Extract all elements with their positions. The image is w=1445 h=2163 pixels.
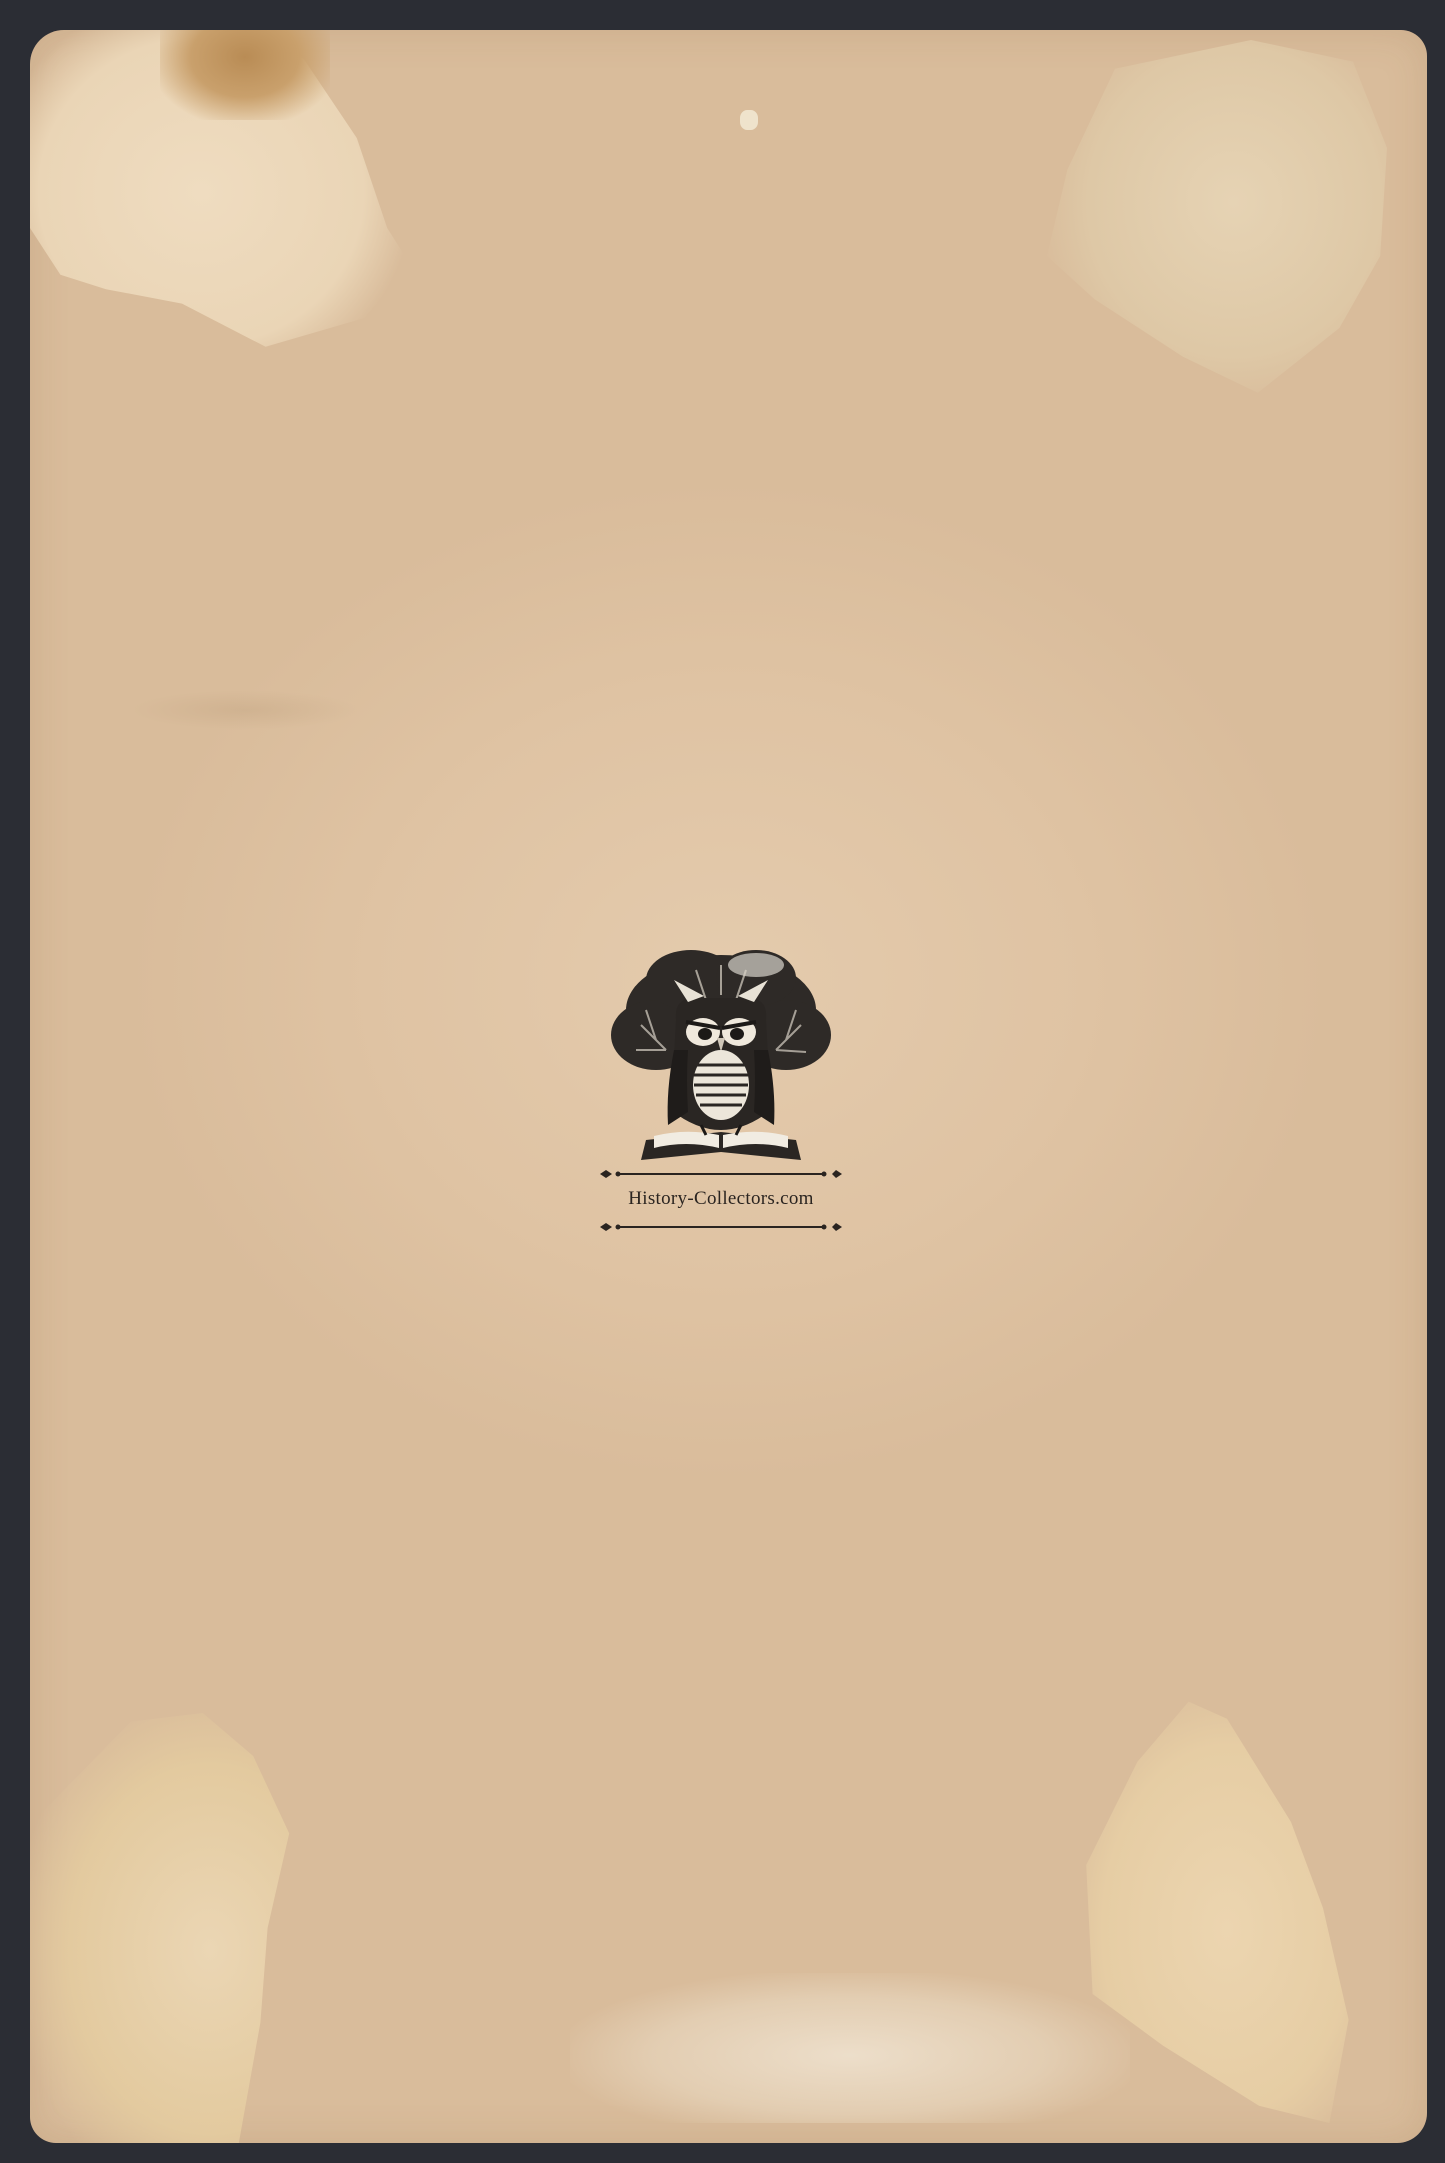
ornamental-divider-top — [596, 1168, 846, 1180]
adhesive-stain-bottom-left — [30, 1713, 390, 2143]
watermark-text: History-Collectors.com — [596, 1188, 846, 1210]
owl-on-book-with-tree-icon — [596, 940, 846, 1165]
pale-stain-bottom-center — [570, 1973, 1130, 2123]
brown-stain-top-left — [160, 30, 330, 120]
adhesive-stain-top-right — [1047, 40, 1387, 400]
smudge-mark — [130, 690, 360, 730]
ornamental-divider-bottom — [596, 1221, 846, 1233]
watermark-logo: History-Collectors.com — [596, 940, 846, 1240]
edge-nick — [740, 110, 758, 130]
